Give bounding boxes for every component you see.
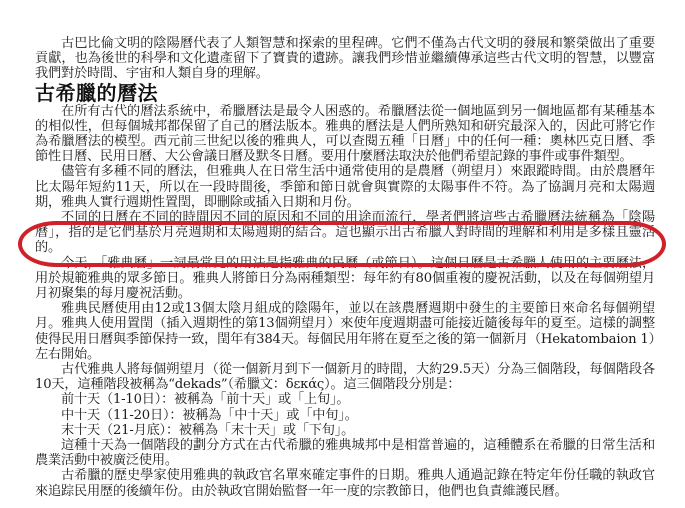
paragraph: 今天，「雅典曆」一詞最常見的用法是指雅典的民曆（或節日）。這個日曆是古希臘人使用… [35,256,655,302]
section-heading: 古希臘的曆法 [35,82,655,104]
list-item: 末十天（21-月底）：被稱為「末十天」或「下旬」。 [35,423,655,438]
list-item: 中十天（11-20日）：被稱為「中十天」或「中旬」。 [35,408,655,423]
paragraph: 在所有古代的曆法系統中，希臘曆法是最令人困惑的。希臘曆法從一個地區到另一個地區都… [35,104,655,165]
paragraph: 這種十天為一個階段的劃分方式在古代希臘的雅典城邦中是相當普遍的，這種體系在希臘的… [35,438,655,468]
intro-paragraph: 古巴比倫文明的陰陽曆代表了人類智慧和探索的里程碑。它們不僅為古代文明的發展和繁榮… [35,36,655,82]
document-page: 古巴比倫文明的陰陽曆代表了人類智慧和探索的里程碑。它們不僅為古代文明的發展和繁榮… [35,36,655,499]
highlighted-paragraph: 不同的日曆在不同的時間因不同的原因和不同的用途而流行，學者們將這些古希臘曆法統稱… [35,210,655,256]
paragraph: 古希臘的歷史學家使用雅典的執政官名單來確定事件的日期。雅典人通過記錄在特定年份任… [35,468,655,498]
paragraph: 儘管有多種不同的曆法，但雅典人在日常生活中通常使用的是農曆（朔望月）來跟蹤時間。… [35,164,655,210]
list-item: 前十天（1-10日）：被稱為「前十天」或「上旬」。 [35,392,655,407]
paragraph: 雅典民曆使用由12或13個太陰月組成的陰陽年，並以在該農曆週期中發生的主要節日來… [35,301,655,362]
paragraph: 古代雅典人將每個朔望月（從一個新月到下一個新月的時間，大約29.5天）分為三個階… [35,362,655,392]
